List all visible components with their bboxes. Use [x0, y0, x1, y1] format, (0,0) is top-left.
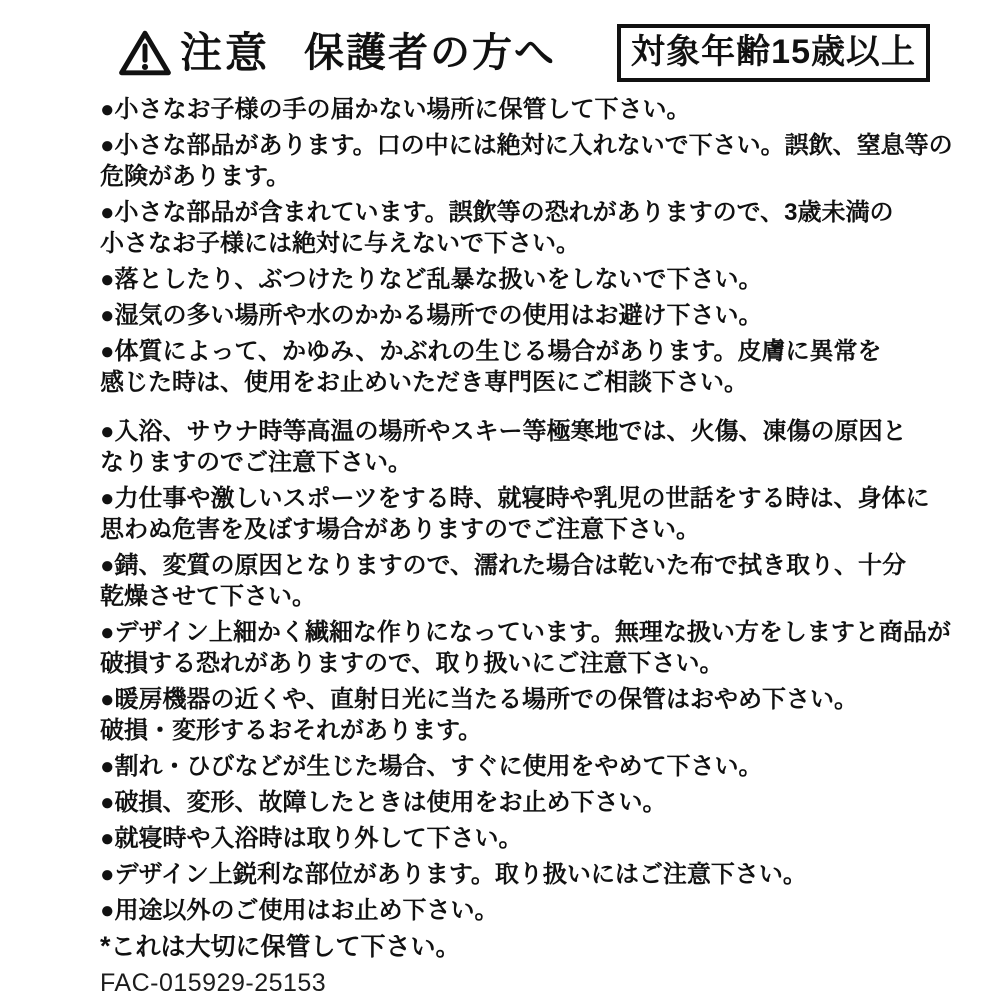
- audience-subtitle: 保護者の方へ: [304, 33, 556, 73]
- bullet-marker: ●: [100, 96, 115, 123]
- bullet-marker: ●: [100, 485, 115, 512]
- page-title: 注意: [180, 32, 270, 74]
- warning-item: ●用途以外のご使用はお止め下さい。: [100, 895, 960, 926]
- header: 注意 保護者の方へ 対象年齢15歳以上: [100, 20, 960, 86]
- warning-item: ●小さな部品があります。口の中には絶対に入れないで下さい。誤飲、窒息等の危険があ…: [100, 130, 960, 192]
- warning-item: ●破損、変形、故障したときは使用をお止め下さい。: [100, 787, 960, 818]
- bullet-marker: ●: [100, 753, 115, 780]
- warning-item: ●体質によって、かゆみ、かぶれの生じる場合があります。皮膚に異常を感じた時は、使…: [100, 336, 960, 398]
- age-restriction-badge: 対象年齢15歳以上: [617, 24, 930, 82]
- bullet-marker: ●: [100, 132, 115, 159]
- warning-item: ●就寝時や入浴時は取り外して下さい。: [100, 823, 960, 854]
- note-text: これは大切に保管して下さい。: [111, 933, 461, 961]
- bullet-marker: ●: [100, 619, 115, 646]
- product-code: FAC-015929-25153: [100, 968, 960, 999]
- warning-item: ●小さな部品が含まれています。誤飲等の恐れがありますので、3歳未満の小さなお子様…: [100, 197, 960, 259]
- note-item: *これは大切に保管して下さい。: [100, 931, 960, 963]
- bullet-marker: ●: [100, 789, 115, 816]
- warning-item: ●暖房機器の近くや、直射日光に当たる場所での保管はおやめ下さい。破損・変形するお…: [100, 684, 960, 746]
- warning-triangle-icon: [118, 28, 172, 78]
- warning-item: ●デザイン上鋭利な部位があります。取り扱いにはご注意下さい。: [100, 859, 960, 890]
- warning-item: ●入浴、サウナ時等高温の場所やスキー等極寒地では、火傷、凍傷の原因となりますので…: [100, 416, 960, 478]
- bullet-marker: ●: [100, 266, 115, 293]
- warning-item: ●デザイン上細かく繊細な作りになっています。無理な扱い方をしますと商品が破損する…: [100, 617, 960, 679]
- warning-list: ●小さなお子様の手の届かない場所に保管して下さい。●小さな部品があります。口の中…: [100, 94, 960, 926]
- asterisk-marker: *: [100, 931, 111, 961]
- bullet-marker: ●: [100, 861, 115, 888]
- bullet-marker: ●: [100, 897, 115, 924]
- warning-label-page: 注意 保護者の方へ 対象年齢15歳以上 ●小さなお子様の手の届かない場所に保管し…: [0, 0, 1000, 1000]
- bullet-marker: ●: [100, 825, 115, 852]
- bullet-marker: ●: [100, 686, 115, 713]
- bullet-marker: ●: [100, 418, 115, 445]
- warning-item: ●小さなお子様の手の届かない場所に保管して下さい。: [100, 94, 960, 125]
- caution-title-group: 注意 保護者の方へ: [118, 28, 556, 78]
- warning-item: ●割れ・ひびなどが生じた場合、すぐに使用をやめて下さい。: [100, 751, 960, 782]
- bullet-marker: ●: [100, 302, 115, 329]
- warning-item: ●落としたり、ぶつけたりなど乱暴な扱いをしないで下さい。: [100, 264, 960, 295]
- bullet-marker: ●: [100, 338, 115, 365]
- bullet-marker: ●: [100, 199, 115, 226]
- warning-item: ●湿気の多い場所や水のかかる場所での使用はお避け下さい。: [100, 300, 960, 331]
- warning-item: ●力仕事や激しいスポーツをする時、就寝時や乳児の世話をする時は、身体に思わぬ危害…: [100, 483, 960, 545]
- bullet-marker: ●: [100, 552, 115, 579]
- warning-item: ●錆、変質の原因となりますので、濡れた場合は乾いた布で拭き取り、十分乾燥させて下…: [100, 550, 960, 612]
